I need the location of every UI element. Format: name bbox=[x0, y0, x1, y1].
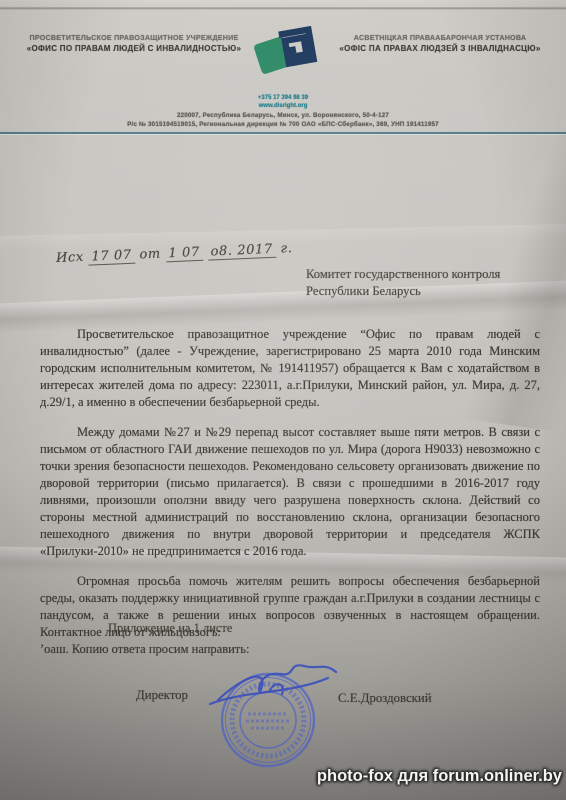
organization-logo-icon bbox=[250, 24, 320, 98]
recipient-block: Комитет государственного контроля Респуб… bbox=[306, 266, 500, 300]
org-ru-line2: «ОФИС ПО ПРАВАМ ЛЮДЕЙ С ИНВАЛИДНОСТЬЮ» bbox=[12, 43, 256, 54]
org-name-belarusian: АСВЕТНІЦКАЯ ПРАВААБАРОНЧАЯ УСТАНОВА «ОФІ… bbox=[322, 33, 558, 54]
ref-number: 17 07 bbox=[88, 248, 135, 266]
round-stamp-icon bbox=[222, 674, 314, 766]
photo-of-letter: ПРОСВЕТИТЕЛЬСКОЕ ПРАВОЗАЩИТНОЕ УЧРЕЖДЕНИ… bbox=[0, 0, 566, 800]
attachment-note: Приложение на 1 листе bbox=[108, 621, 232, 636]
org-name-russian: ПРОСВЕТИТЕЛЬСКОЕ ПРАВОЗАЩИТНОЕ УЧРЕЖДЕНИ… bbox=[12, 33, 256, 54]
phone-number: +375 17 394 98 39 bbox=[0, 95, 566, 103]
letter-body: Просветительское правозащитное учреждени… bbox=[40, 326, 540, 671]
recipient-line1: Комитет государственного контроля bbox=[306, 266, 500, 283]
ref-year-suffix: г. bbox=[280, 241, 293, 256]
postal-address: 220007, Республика Беларусь, Минск, ул. … bbox=[0, 112, 566, 121]
ref-day: 1 07 bbox=[165, 245, 203, 263]
website-url: www.disright.org bbox=[0, 103, 566, 111]
org-by-line2: «ОФІС ПА ПРАВАХ ЛЮДЗЕЙ З ІНВАЛІДНАСЦЮ» bbox=[322, 43, 558, 54]
signer-role: Директор bbox=[136, 688, 188, 703]
org-by-line1: АСВЕТНІЦКАЯ ПРАВААБАРОНЧАЯ УСТАНОВА bbox=[322, 33, 558, 43]
contact-block: +375 17 394 98 39 www.disright.org bbox=[0, 95, 566, 110]
recipient-line2: Республики Беларусь bbox=[306, 283, 500, 300]
photographer-watermark: photo-fox для forum.onliner.by bbox=[317, 767, 562, 786]
bank-details: Р/с № 3015194519015, Региональная дирекц… bbox=[0, 121, 566, 130]
ref-date: о8. 2017 bbox=[207, 242, 276, 261]
paragraph: Между домами №27 и №29 перепад высот сос… bbox=[40, 424, 540, 560]
paragraph-contact-erased: ʼоаш. Копию ответа просим направить: bbox=[40, 641, 540, 658]
org-ru-line1: ПРОСВЕТИТЕЛЬСКОЕ ПРАВОЗАЩИТНОЕ УЧРЕЖДЕНИ… bbox=[12, 33, 256, 43]
paragraph: Просветительское правозащитное учреждени… bbox=[40, 326, 540, 411]
address-block: 220007, Республика Беларусь, Минск, ул. … bbox=[0, 112, 566, 129]
letterhead-divider bbox=[0, 132, 566, 134]
ref-label: Исх bbox=[56, 250, 84, 266]
ref-from-label: от bbox=[139, 247, 161, 263]
